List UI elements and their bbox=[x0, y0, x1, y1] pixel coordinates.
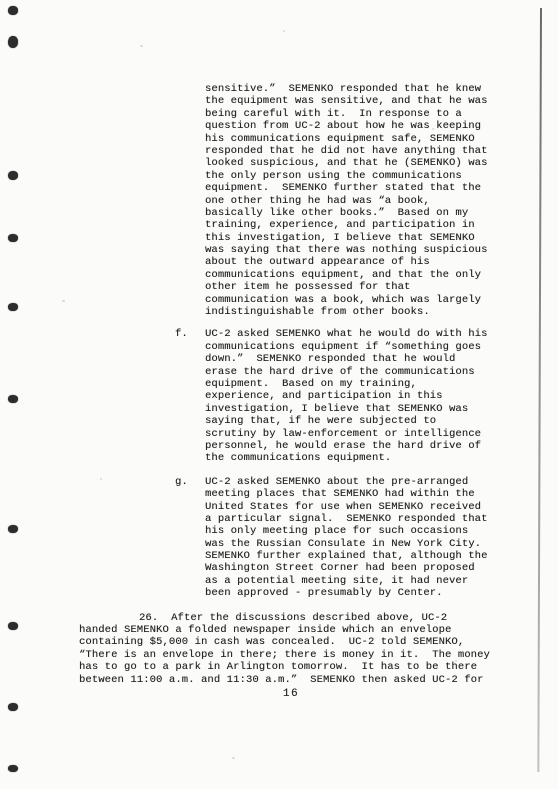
text-line: Washington Street Corner had been propos… bbox=[205, 562, 524, 574]
text-line: the equipment was sensitive, and that he… bbox=[205, 95, 524, 107]
text-line: erase the hard drive of the communicatio… bbox=[205, 366, 524, 378]
list-item-g: g. UC-2 asked SEMENKO about the pre-arra… bbox=[79, 476, 524, 600]
scan-artifact-mark bbox=[8, 703, 18, 711]
item-text-f: UC-2 asked SEMENKO what he would do with… bbox=[205, 328, 524, 464]
text-line: scrutiny by law-enforcement or intellige… bbox=[205, 428, 524, 440]
text-line: question from UC-2 about how he was keep… bbox=[205, 120, 524, 132]
text-line: as a potential meeting site, it had neve… bbox=[205, 575, 524, 587]
text-line: handed SEMENKO a folded newspaper inside… bbox=[79, 624, 524, 636]
text-line: being careful with it. In response to a bbox=[205, 108, 524, 120]
text-line: sensitive.” SEMENKO responded that he kn… bbox=[205, 83, 524, 95]
text-line: 26. After the discussions described abov… bbox=[79, 612, 524, 624]
scan-speck bbox=[232, 757, 235, 759]
scan-artifact-mark bbox=[8, 622, 18, 630]
scan-artifact-mark bbox=[8, 765, 18, 772]
scan-artifact-mark bbox=[8, 36, 18, 48]
text-line: equipment. SEMENKO further stated that t… bbox=[205, 182, 524, 194]
text-line: this investigation, I believe that SEMEN… bbox=[205, 232, 524, 244]
scan-speck bbox=[62, 300, 65, 302]
text-line: other item he possessed for that bbox=[205, 281, 524, 293]
page-number: 16 bbox=[276, 688, 306, 701]
text-line: was saying that there was nothing suspic… bbox=[205, 244, 524, 256]
text-line: a particular signal. SEMENKO responded t… bbox=[205, 513, 524, 525]
text-line: was the Russian Consulate in New York Ci… bbox=[205, 538, 524, 550]
scan-speck bbox=[283, 30, 285, 32]
item-text-g: UC-2 asked SEMENKO about the pre-arrange… bbox=[205, 476, 524, 600]
text-line: UC-2 asked SEMENKO about the pre-arrange… bbox=[205, 476, 524, 488]
text-line: been approved - presumably by Center. bbox=[205, 587, 524, 599]
text-line: has to go to a park in Arlington tomorro… bbox=[79, 661, 524, 673]
text-line: United States for use when SEMENKO recei… bbox=[205, 501, 524, 513]
text-line: one other thing he had was “a book, bbox=[205, 195, 524, 207]
text-line: meeting places that SEMENKO had within t… bbox=[205, 488, 524, 500]
text-line: between 11:00 a.m. and 11:30 a.m.” SEMEN… bbox=[79, 674, 524, 686]
scan-artifact-mark bbox=[8, 171, 18, 180]
scan-artifact-mark bbox=[8, 6, 18, 16]
scanned-affidavit-page: sensitive.” SEMENKO responded that he kn… bbox=[0, 0, 558, 789]
text-line: saying that, if he were subjected to bbox=[205, 415, 524, 427]
text-line: containing $5,000 in cash was concealed.… bbox=[79, 636, 524, 648]
text-line: his communications equipment safe, SEMEN… bbox=[205, 133, 524, 145]
text-line: communication was a book, which was larg… bbox=[205, 294, 524, 306]
item-label-f: f. bbox=[175, 328, 188, 340]
text-line: the only person using the communications bbox=[205, 170, 524, 182]
affidavit-text: sensitive.” SEMENKO responded that he kn… bbox=[79, 83, 524, 686]
text-line: the communications equipment. bbox=[205, 452, 524, 464]
list-item-f: f. UC-2 asked SEMENKO what he would do w… bbox=[79, 328, 524, 464]
scan-artifact-mark bbox=[8, 395, 18, 403]
continuation-paragraph: sensitive.” SEMENKO responded that he kn… bbox=[205, 83, 524, 318]
text-line: communications equipment, and that the o… bbox=[205, 269, 524, 281]
scan-speck bbox=[140, 45, 143, 47]
text-line: personnel, he would erase the hard drive… bbox=[205, 440, 524, 452]
text-line: equipment. Based on my training, bbox=[205, 378, 524, 390]
scan-artifact-mark bbox=[8, 525, 18, 533]
text-line: basically like other books.” Based on my bbox=[205, 207, 524, 219]
text-line: “There is an envelope in there; there is… bbox=[79, 649, 524, 661]
text-line: his only meeting place for such occasion… bbox=[205, 525, 524, 537]
paragraph-26: 26. After the discussions described abov… bbox=[79, 612, 524, 686]
page-edge-scan-line bbox=[537, 8, 542, 772]
text-line: training, experience, and participation … bbox=[205, 219, 524, 231]
text-line: UC-2 asked SEMENKO what he would do with… bbox=[205, 328, 524, 340]
scan-artifact-mark bbox=[8, 234, 18, 242]
text-line: responded that he did not have anything … bbox=[205, 145, 524, 157]
text-line: communications equipment if “something g… bbox=[205, 341, 524, 353]
item-label-g: g. bbox=[175, 476, 188, 488]
scan-artifact-mark bbox=[8, 303, 18, 311]
text-line: down.” SEMENKO responded that he would bbox=[205, 353, 524, 365]
text-line: about the outward appearance of his bbox=[205, 256, 524, 268]
text-line: SEMENKO further explained that, although… bbox=[205, 550, 524, 562]
text-line: looked suspicious, and that he (SEMENKO)… bbox=[205, 157, 524, 169]
text-line: investigation, I believe that SEMENKO wa… bbox=[205, 403, 524, 415]
text-line: experience, and participation in this bbox=[205, 390, 524, 402]
text-line: indistinguishable from other books. bbox=[205, 306, 524, 318]
